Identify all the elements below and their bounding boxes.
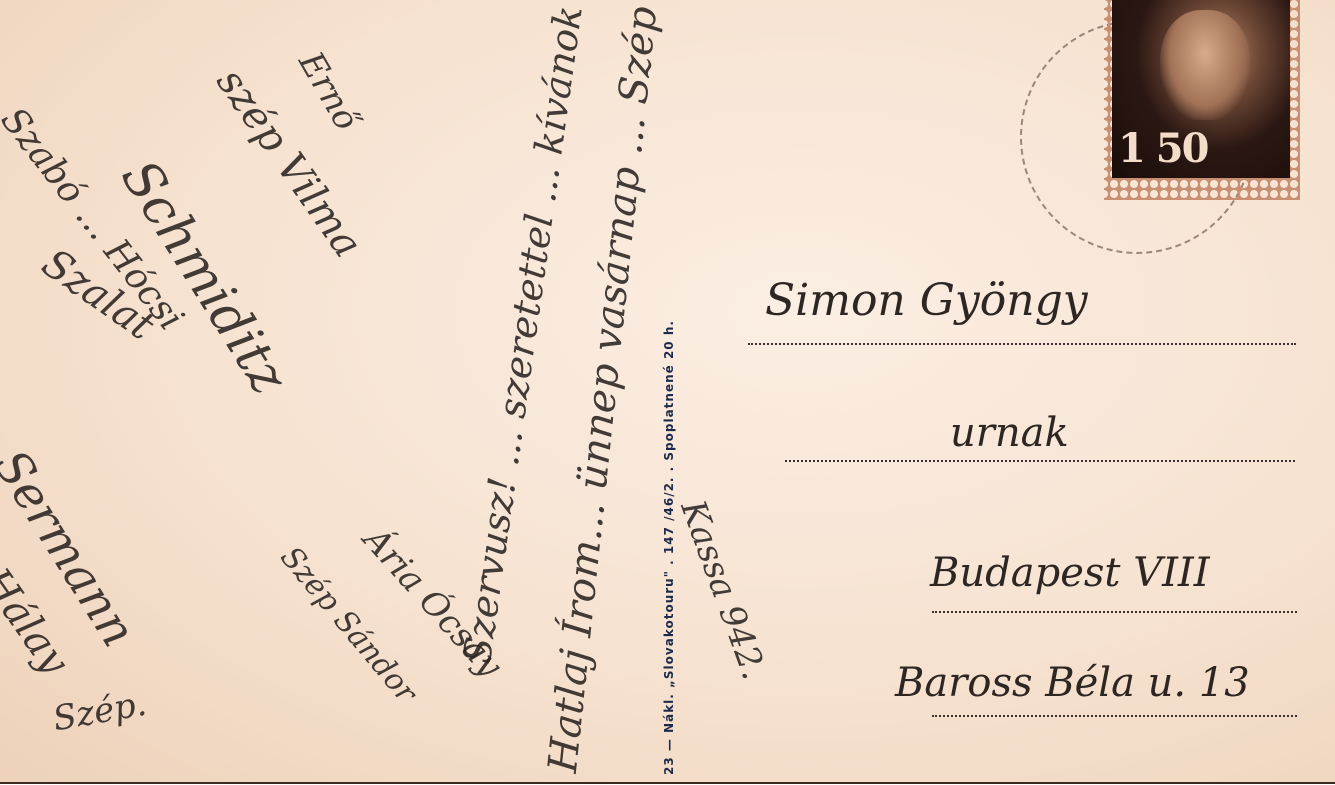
address-rule-2 <box>785 460 1295 462</box>
address-line-4: Baross Béla u. 13 <box>895 660 1250 706</box>
address-rule-4 <box>932 715 1297 717</box>
address-rule-3 <box>932 611 1297 613</box>
handwritten-sender-note: Kassa 942. <box>672 495 774 685</box>
postcard-back: Hatlaj Írom... ünnep vasárnap ... Szép S… <box>0 0 1335 784</box>
address-line-2: urnak <box>950 410 1069 456</box>
address-line-3: Budapest VIII <box>930 550 1210 596</box>
stamp-face <box>1160 10 1250 120</box>
address-rule-1 <box>748 343 1296 345</box>
printed-imprint: 23 — Nákl. „Slovakotouru" . 147 /46/2. .… <box>662 320 676 775</box>
handwritten-signature-3: Ernő <box>290 45 366 137</box>
handwritten-signature-10: Szép. <box>50 684 149 740</box>
stamp-value: 1 50 <box>1118 125 1207 172</box>
address-line-1: Simon Gyöngy <box>765 275 1088 326</box>
